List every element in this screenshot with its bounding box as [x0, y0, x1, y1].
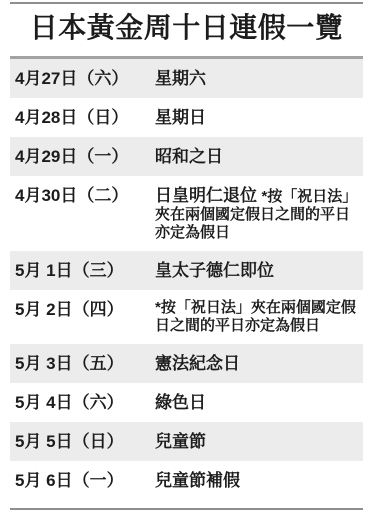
- date-cell: 5月 1日（三）: [15, 260, 155, 281]
- holiday-name: 兒童節補假: [155, 471, 240, 490]
- table-row: 5月 6日（一） 兒童節補假: [10, 461, 363, 500]
- holiday-name: 星期日: [155, 108, 206, 127]
- table-row: 5月 4日（六） 綠色日: [10, 383, 363, 422]
- holiday-cell: 星期六: [155, 68, 359, 89]
- holiday-table-page: 日本黃金周十日連假一覽 4月27日（六） 星期六 4月28日（日） 星期日 4月…: [0, 2, 370, 510]
- holiday-cell: 兒童節: [155, 431, 359, 452]
- holiday-rows: 4月27日（六） 星期六 4月28日（日） 星期日 4月29日（一） 昭和之日 …: [10, 59, 363, 500]
- date-cell: 4月30日（二）: [15, 185, 155, 206]
- holiday-name: 昭和之日: [155, 147, 223, 166]
- table-row: 4月30日（二） 日皇明仁退位 *按「祝日法」夾在兩個國定假日之間的平日亦定為假…: [10, 176, 363, 251]
- holiday-cell: 兒童節補假: [155, 470, 359, 491]
- date-cell: 4月27日（六）: [15, 68, 155, 89]
- table-row: 4月27日（六） 星期六: [10, 59, 363, 98]
- holiday-note: *按「祝日法」夾在兩個國定假日之間的平日亦定為假日: [155, 299, 356, 334]
- date-cell: 4月28日（日）: [15, 107, 155, 128]
- date-cell: 5月 3日（五）: [15, 353, 155, 374]
- holiday-name: 兒童節: [155, 432, 206, 451]
- holiday-cell: 皇太子德仁即位: [155, 260, 359, 281]
- date-cell: 5月 4日（六）: [15, 392, 155, 413]
- table-row: 5月 1日（三） 皇太子德仁即位: [10, 251, 363, 290]
- table-row: 4月28日（日） 星期日: [10, 98, 363, 137]
- holiday-name: 日皇明仁退位: [155, 186, 257, 205]
- date-cell: 5月 5日（日）: [15, 431, 155, 452]
- page-title: 日本黃金周十日連假一覽: [10, 12, 363, 46]
- table-row: 4月29日（一） 昭和之日: [10, 137, 363, 176]
- bottom-rule: [10, 508, 363, 510]
- holiday-cell: 昭和之日: [155, 146, 359, 167]
- holiday-name: 皇太子德仁即位: [155, 261, 274, 280]
- holiday-name: 憲法紀念日: [155, 354, 240, 373]
- holiday-cell: 日皇明仁退位 *按「祝日法」夾在兩個國定假日之間的平日亦定為假日: [155, 185, 359, 242]
- date-cell: 5月 2日（四）: [15, 299, 155, 320]
- holiday-cell: *按「祝日法」夾在兩個國定假日之間的平日亦定為假日: [155, 299, 359, 335]
- holiday-cell: 星期日: [155, 107, 359, 128]
- holiday-cell: 憲法紀念日: [155, 353, 359, 374]
- table-row: 5月 2日（四） *按「祝日法」夾在兩個國定假日之間的平日亦定為假日: [10, 290, 363, 344]
- holiday-cell: 綠色日: [155, 392, 359, 413]
- top-rule: [10, 2, 363, 4]
- table-row: 5月 5日（日） 兒童節: [10, 422, 363, 461]
- table-row: 5月 3日（五） 憲法紀念日: [10, 344, 363, 383]
- date-cell: 4月29日（一）: [15, 146, 155, 167]
- date-cell: 5月 6日（一）: [15, 470, 155, 491]
- holiday-name: 綠色日: [155, 393, 206, 412]
- holiday-name: 星期六: [155, 69, 206, 88]
